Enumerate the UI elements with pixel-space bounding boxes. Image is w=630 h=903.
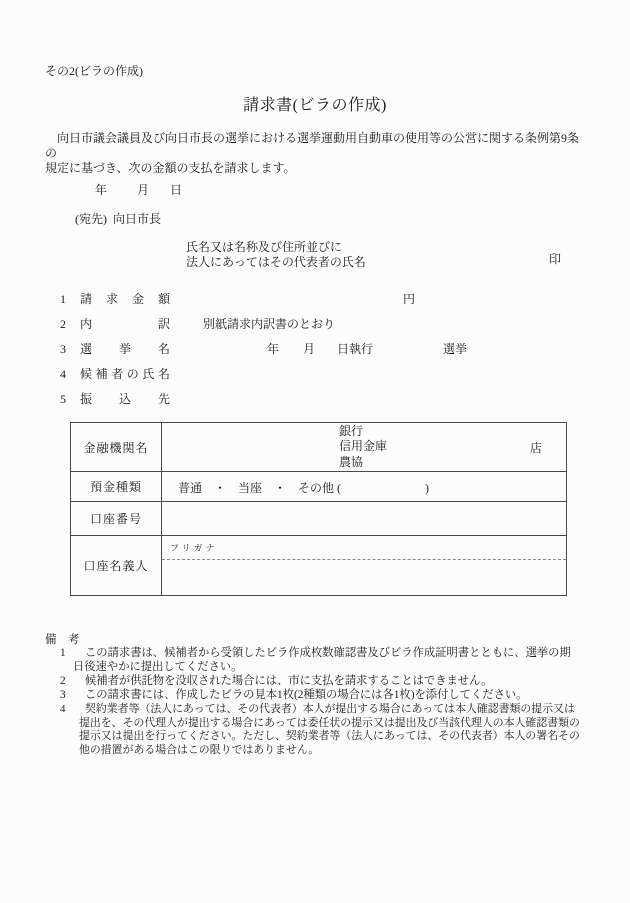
remark-line: 他の措置がある場合はこの限りではありません。 [79, 741, 319, 757]
bank-account-table: 金融機関名 銀行 信用金庫 農協 店 預金種類 普通 ・ 当座 ・ その他 ( … [70, 422, 567, 596]
item-label: 請求金額 [80, 290, 170, 307]
addressee-name: 向日市長 [113, 210, 161, 227]
item-label: 選挙名 [80, 340, 170, 357]
account-number-label-cell: 口座番号 [71, 501, 161, 535]
name-address-block: 氏名又は名称及び住所並びに 法人にあってはその代表者の氏名 [186, 240, 526, 269]
page-title: 請求書(ビラの作成) [0, 92, 630, 115]
date-line: 年 月 日 [0, 181, 630, 197]
election-suffix-label: 選挙 [443, 340, 467, 357]
branch-suffix-label: 店 [530, 439, 542, 456]
furigana-label: フリガナ [170, 541, 218, 554]
account-holder-label-cell: 口座名義人 [71, 535, 161, 595]
item-row-election-name: 3選挙名 年 月 日執行 選挙 [60, 340, 585, 357]
deposit-type-options: 普通 ・ 当座 ・ その他 ( ) [178, 479, 429, 496]
addressee-line: (宛先) 向日市長 [0, 210, 630, 226]
corner-note: その2(ビラの作成) [45, 62, 143, 79]
furigana-divider [162, 559, 566, 560]
election-day-executed-label: 日執行 [337, 340, 373, 357]
bank-option: 銀行 [339, 424, 387, 439]
deposit-type-label-cell: 預金種類 [71, 471, 161, 501]
item-number: 2 [60, 317, 80, 332]
election-month-label: 月 [303, 340, 315, 357]
deposit-type-value-cell: 普通 ・ 当座 ・ その他 ( ) [161, 471, 566, 501]
day-label: 日 [170, 181, 182, 198]
seal-mark: 印 [549, 250, 561, 267]
month-label: 月 [137, 181, 149, 198]
item-row-candidate-name: 4候補者の氏名 [60, 365, 585, 382]
breakdown-value: 別紙請求内訳書のとおり [203, 315, 335, 332]
item-number: 3 [60, 342, 80, 357]
item-number: 5 [60, 392, 80, 407]
item-number: 1 [60, 292, 80, 307]
election-year-label: 年 [267, 340, 279, 357]
year-label: 年 [95, 181, 107, 198]
item-label: 候補者の氏名 [80, 365, 170, 382]
item-row-transfer-account: 5振込先 [60, 390, 585, 407]
institution-value-cell: 銀行 信用金庫 農協 店 [161, 423, 566, 471]
institution-label-cell: 金融機関名 [71, 423, 161, 471]
institution-options: 銀行 信用金庫 農協 [339, 424, 387, 470]
yen-unit-label: 円 [403, 290, 415, 307]
item-number: 4 [60, 367, 80, 382]
account-holder-value-cell: フリガナ [161, 535, 566, 595]
invoice-form-page: その2(ビラの作成) 請求書(ビラの作成) 向日市議会議員及び向日市長の選挙にお… [0, 0, 630, 903]
item-row-claim-amount: 1請求金額 円 [60, 290, 585, 307]
shinkin-option: 信用金庫 [339, 439, 387, 454]
intro-paragraph: 向日市議会議員及び向日市長の選挙における選挙運動用自動車の使用等の公営に関する条… [45, 131, 588, 176]
item-label: 内訳 [80, 315, 170, 332]
name-address-line-1: 氏名又は名称及び住所並びに [186, 240, 526, 255]
account-number-value-cell [161, 501, 566, 535]
item-label: 振込先 [80, 390, 170, 407]
intro-line-1: 向日市議会議員及び向日市長の選挙における選挙運動用自動車の使用等の公営に関する条… [45, 131, 588, 161]
intro-line-2: 規定に基づき、次の金額の支払を請求します。 [45, 161, 588, 176]
addressee-prefix: (宛先) [75, 210, 107, 227]
nokyo-option: 農協 [339, 455, 387, 470]
item-row-breakdown: 2内訳 別紙請求内訳書のとおり [60, 315, 585, 332]
name-address-line-2: 法人にあってはその代表者の氏名 [186, 255, 526, 270]
